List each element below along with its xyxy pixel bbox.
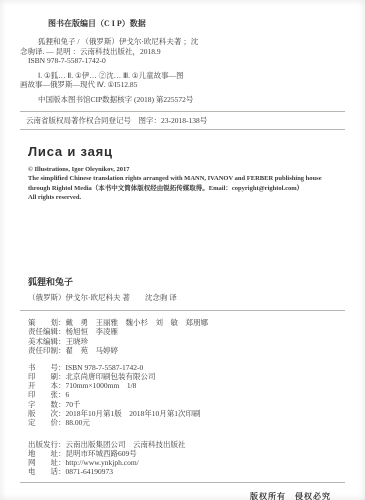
- publisher-label: 电 话：: [28, 467, 66, 476]
- credit-label: 策 划：: [28, 318, 66, 328]
- publisher-value: 0871-64190973: [66, 467, 114, 476]
- cip-record-line: 念驹译. — 昆明 ：云南科技出版社，2018.9: [20, 47, 345, 57]
- pub-info-row: 印 刷：北京尚唐印刷包装有限公司: [28, 372, 345, 381]
- cip-heading: 图书在版编目（C I P）数据: [48, 18, 345, 29]
- credit-value: 翟 苑 马婷婷: [66, 346, 119, 355]
- pub-info-label: 开 本：: [28, 381, 66, 390]
- publisher-label: 网 址：: [28, 458, 66, 467]
- book-byline: （俄罗斯）伊戈尔·欧尼科夫 著 沈念驹 译: [28, 292, 345, 303]
- credits-row: 策 划：戴 勇 王丽雅 魏小杉 刘 敏 郑朋娜: [28, 318, 345, 328]
- copyright-line: All rights reserved.: [28, 193, 345, 203]
- publisher-info-block: 出版发行：云南出版集团公司 云南科技出版社 地 址：昆明市环城西路609号 网 …: [28, 440, 345, 476]
- publisher-row: 出版发行：云南出版集团公司 云南科技出版社: [28, 440, 345, 449]
- credit-label: 美术编辑：: [28, 337, 66, 347]
- pub-info-value: 710mm×1000mm 1/8: [66, 381, 137, 390]
- pub-info-row: 开 本：710mm×1000mm 1/8: [28, 381, 345, 390]
- pub-info-row: 版 次：2018年10月第1版 2018年10月第1次印刷: [28, 409, 345, 418]
- pub-info-row: 定 价：88.00元: [28, 418, 345, 427]
- colophon-page: 图书在版编目（C I P）数据 狐狸和兔子 / （俄罗斯）伊戈尔·欧尼科夫著 ；…: [0, 0, 365, 500]
- classification-line: Ⅰ. ①狐… Ⅱ. ①伊… ②沈… Ⅲ. ①儿童故事—图: [20, 71, 345, 81]
- cip-record-number: 中国版本图书馆CIP数据核字 (2018) 第225572号: [20, 94, 345, 105]
- pub-info-label: 印 刷：: [28, 372, 66, 381]
- credits-row: 责任印制：翟 苑 马婷婷: [28, 346, 345, 356]
- divider: [20, 310, 345, 311]
- divider: [20, 129, 345, 130]
- copyright-line: through Rightol Media（本书中文简体版权经由锐拓传媒取得。E…: [28, 184, 345, 194]
- copyright-line: The simplified Chinese translation right…: [28, 174, 345, 184]
- pub-info-value: 2018年10月第1版 2018年10月第1次印刷: [66, 409, 201, 418]
- pub-info-row: 书 号：ISBN 978-7-5587-1742-0: [28, 363, 345, 372]
- credit-label: 责任印制：: [28, 346, 66, 356]
- pub-info-label: 书 号：: [28, 363, 66, 372]
- cip-classification-block: Ⅰ. ①狐… Ⅱ. ①伊… ②沈… Ⅲ. ①儿童故事—图 画故事—俄罗斯—现代 …: [20, 71, 345, 90]
- credit-value: 戴 勇 王丽雅 魏小杉 刘 敏 郑朋娜: [66, 318, 209, 327]
- publisher-value: 昆明市环城西路609号: [66, 449, 137, 458]
- pub-info-value: 88.00元: [66, 418, 90, 427]
- publisher-row: 电 话：0871-64190973: [28, 467, 345, 476]
- credits-row: 责任编辑：杨旭恒 李凌雁: [28, 327, 345, 337]
- pub-info-label: 版 次：: [28, 409, 66, 418]
- classification-line: 画故事—俄罗斯—现代 Ⅳ. ①I512.85: [20, 80, 345, 90]
- publisher-row: 地 址：昆明市环城西路609号: [28, 449, 345, 458]
- pub-info-label: 印 张：: [28, 390, 66, 399]
- copyright-block: © Illustrations, Igor Oleynikov, 2017 Th…: [28, 165, 345, 203]
- publication-info-block: 书 号：ISBN 978-7-5587-1742-0 印 刷：北京尚唐印刷包装有…: [28, 363, 345, 428]
- copyright-notice: 版权所有 侵权必究: [20, 491, 345, 500]
- pub-info-row: 印 张：6: [28, 390, 345, 399]
- pub-info-row: 字 数：70千: [28, 400, 345, 409]
- russian-title: Лиса и заяц: [28, 144, 345, 159]
- credit-value: 杨旭恒 李凌雁: [66, 327, 119, 336]
- publisher-row: 网 址：http://www.ynkjph.com/: [28, 458, 345, 467]
- cip-record-block: 狐狸和兔子 / （俄罗斯）伊戈尔·欧尼科夫著 ；沈 念驹译. — 昆明 ：云南科…: [20, 37, 345, 66]
- divider: [20, 111, 345, 112]
- pub-info-value: 70千: [66, 400, 81, 409]
- pub-info-value: ISBN 978-7-5587-1742-0: [66, 363, 144, 372]
- divider: [20, 482, 345, 483]
- credit-value: 王晓珍: [66, 337, 89, 346]
- pub-info-label: 字 数：: [28, 400, 66, 409]
- credits-row: 美术编辑：王晓珍: [28, 337, 345, 347]
- publisher-label: 出版发行：: [28, 440, 66, 449]
- credits-block: 策 划：戴 勇 王丽雅 魏小杉 刘 敏 郑朋娜 责任编辑：杨旭恒 李凌雁 美术编…: [28, 318, 345, 356]
- publisher-label: 地 址：: [28, 449, 66, 458]
- isbn-line: ISBN 978-7-5587-1742-0: [20, 56, 345, 66]
- publisher-value: http://www.ynkjph.com/: [66, 458, 139, 467]
- pub-info-label: 定 价：: [28, 418, 66, 427]
- book-title: 狐狸和兔子: [28, 275, 345, 288]
- publisher-value: 云南出版集团公司 云南科技出版社: [66, 440, 186, 449]
- pub-info-value: 北京尚唐印刷包装有限公司: [66, 372, 156, 381]
- credit-label: 责任编辑：: [28, 327, 66, 337]
- pub-info-value: 6: [66, 390, 70, 399]
- cip-record-line: 狐狸和兔子 / （俄罗斯）伊戈尔·欧尼科夫著 ；沈: [20, 37, 345, 47]
- copyright-line: © Illustrations, Igor Oleynikov, 2017: [28, 165, 345, 175]
- copyright-registration-line: 云南省版权局著作权合同登记号 图字：23-2018-138号: [20, 115, 345, 126]
